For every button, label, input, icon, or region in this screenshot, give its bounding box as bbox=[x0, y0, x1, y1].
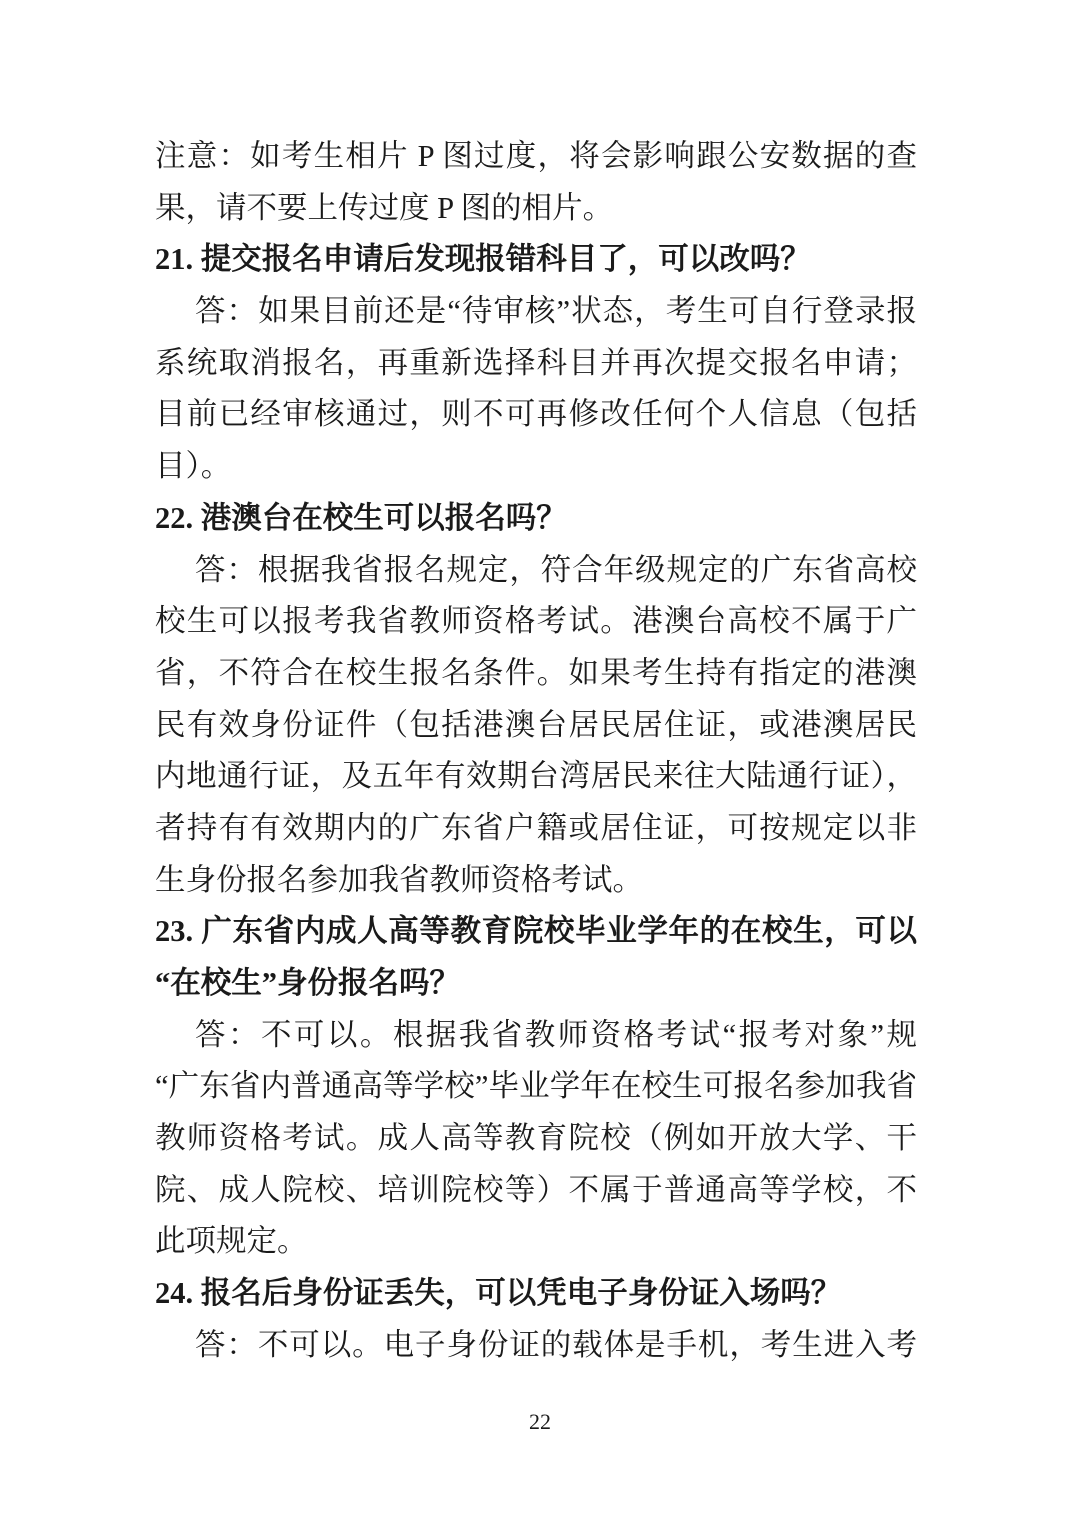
paragraph: 答：不可以。电子身份证的载体是手机，考生进入考场后， bbox=[155, 1320, 917, 1372]
document-page: 注意：如考生相片 P 图过度，将会影响跟公安数据的查验效果，请不要上传过度 P … bbox=[0, 0, 1080, 1528]
text-line: 教师资格考试。成人高等教育院校（例如开放大学、干部学 bbox=[155, 1113, 917, 1165]
text-line: 生身份报名参加我省教师资格考试。 bbox=[155, 855, 917, 907]
paragraph: 注意：如考生相片 P 图过度，将会影响跟公安数据的查验效果，请不要上传过度 P … bbox=[155, 131, 917, 234]
text-line: 此项规定。 bbox=[155, 1216, 917, 1268]
paragraph: 答：根据我省报名规定，符合年级规定的广东省高校在校生可以报考我省教师资格考试。港… bbox=[155, 545, 917, 907]
text-line: 民有效身份证件（包括港澳台居民居住证，或港澳居民来往 bbox=[155, 700, 917, 752]
text-line: 内地通行证，及五年有效期台湾居民来往大陆通行证），或 bbox=[155, 751, 917, 803]
question-heading: 22. 港澳台在校生可以报名吗？ bbox=[155, 493, 917, 545]
question-number: 23. bbox=[155, 914, 201, 948]
text-line: 校生可以报考我省教师资格考试。港澳台高校不属于广东 bbox=[155, 596, 917, 648]
text-line: 答：如果目前还是“待审核”状态，考生可自行登录报名 bbox=[155, 286, 917, 338]
text-line: 23. 广东省内成人高等教育院校毕业学年的在校生，可以以 bbox=[155, 906, 917, 958]
paragraph: 答：如果目前还是“待审核”状态，考生可自行登录报名系统取消报名，再重新选择科目并… bbox=[155, 286, 917, 493]
text-line: “在校生”身份报名吗？ bbox=[155, 958, 917, 1010]
paragraph: 答：不可以。根据我省教师资格考试“报考对象”规定，“广东省内普通高等学校”毕业学… bbox=[155, 1010, 917, 1268]
text-line: “广东省内普通高等学校”毕业学年在校生可报名参加我省 bbox=[155, 1061, 917, 1113]
text-line: 者持有有效期内的广东省户籍或居住证，可按规定以非在校 bbox=[155, 803, 917, 855]
question-number: 22. bbox=[155, 501, 201, 535]
page-number: 22 bbox=[0, 1406, 1080, 1438]
question-number: 21. bbox=[155, 242, 201, 276]
text-line: 院、成人院校、培训院校等）不属于普通高等学校，不符合 bbox=[155, 1165, 917, 1217]
text-line: 系统取消报名，再重新选择科目并再次提交报名申请；如果 bbox=[155, 338, 917, 390]
text-line: 22. 港澳台在校生可以报名吗？ bbox=[155, 493, 917, 545]
text-line: 省，不符合在校生报名条件。如果考生持有指定的港澳台居 bbox=[155, 648, 917, 700]
text-line: 果，请不要上传过度 P 图的相片。 bbox=[155, 183, 917, 235]
text-line: 答：根据我省报名规定，符合年级规定的广东省高校在 bbox=[155, 545, 917, 597]
text-line: 注意：如考生相片 P 图过度，将会影响跟公安数据的查验效 bbox=[155, 131, 917, 183]
question-heading: 21. 提交报名申请后发现报错科目了，可以改吗？ bbox=[155, 234, 917, 286]
question-number: 24. bbox=[155, 1276, 201, 1310]
question-heading: 23. 广东省内成人高等教育院校毕业学年的在校生，可以以“在校生”身份报名吗？ bbox=[155, 906, 917, 1009]
document-body: 注意：如考生相片 P 图过度，将会影响跟公安数据的查验效果，请不要上传过度 P … bbox=[155, 131, 917, 1372]
question-heading: 24. 报名后身份证丢失，可以凭电子身份证入场吗？ bbox=[155, 1268, 917, 1320]
text-line: 目）。 bbox=[155, 441, 917, 493]
text-line: 24. 报名后身份证丢失，可以凭电子身份证入场吗？ bbox=[155, 1268, 917, 1320]
text-line: 答：不可以。根据我省教师资格考试“报考对象”规定， bbox=[155, 1010, 917, 1062]
text-line: 答：不可以。电子身份证的载体是手机，考生进入考场后， bbox=[155, 1320, 917, 1372]
text-line: 21. 提交报名申请后发现报错科目了，可以改吗？ bbox=[155, 234, 917, 286]
text-line: 目前已经审核通过，则不可再修改任何个人信息（包括科 bbox=[155, 389, 917, 441]
